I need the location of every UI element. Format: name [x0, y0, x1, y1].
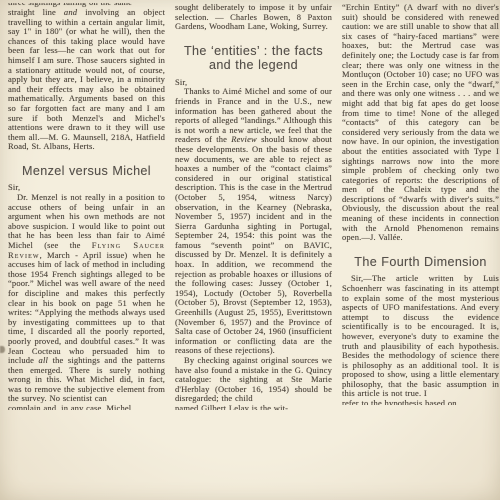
paragraph: Thanks to Aimé Michel and some of our fr…: [175, 87, 332, 356]
clipped-line-bottom: complain and, in any case, Michel: [8, 404, 165, 410]
paragraph: Sir,—The article written by Luis Schoenh…: [342, 274, 499, 399]
scan-artifact: [0, 346, 5, 353]
column-layout: three sightings falling on the samestrai…: [8, 3, 495, 500]
paragraph: “Erchin Entity” (A dwarf with no diver's…: [342, 3, 499, 243]
clipped-line-bottom: refer to the hypothesis based on: [342, 399, 499, 405]
text-column-middle: sought deliberately to impose it by unfa…: [175, 3, 332, 500]
letter-heading: The ‘entities’ : the facts and the legen…: [175, 44, 332, 73]
clipped-line-bottom: named Gilbert Lelay is the wit-: [175, 404, 332, 410]
scanned-page: three sightings falling on the samestrai…: [0, 0, 500, 500]
letter-heading: The Fourth Dimension: [342, 255, 499, 270]
text-column-left: three sightings falling on the samestrai…: [8, 3, 165, 500]
paragraph: sought deliberately to impose it by unfa…: [175, 3, 332, 32]
paragraph: Dr. Menzel is not really in a position t…: [8, 193, 165, 404]
paragraph: By checking against original sources we …: [175, 356, 332, 404]
paragraph: straight line and involving an object tr…: [8, 8, 165, 152]
text-column-right: “Erchin Entity” (A dwarf with no diver's…: [342, 3, 499, 500]
clipped-line-top: three sightings falling on the same: [8, 3, 165, 8]
letter-heading: Menzel versus Michel: [8, 164, 165, 179]
